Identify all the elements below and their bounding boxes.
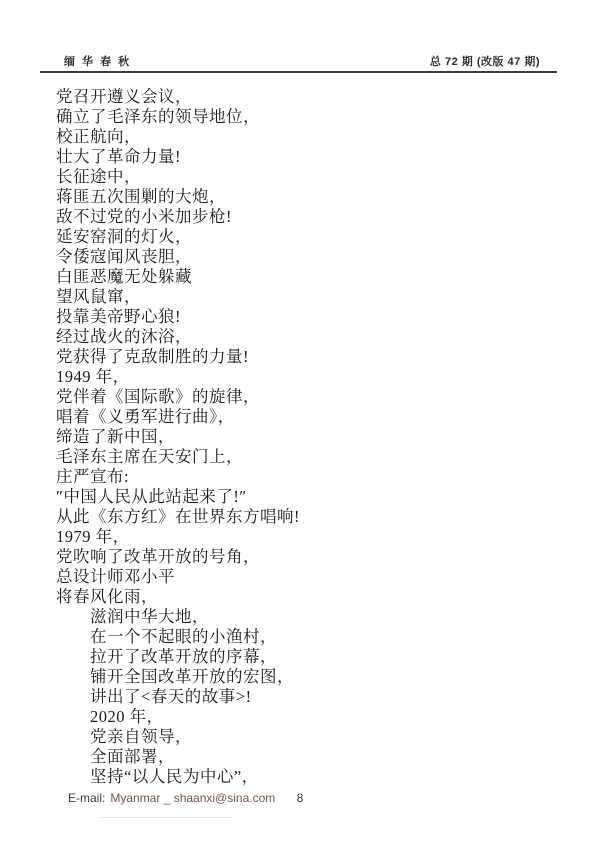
poem-line: 1979 年， (56, 527, 570, 547)
header-divider (40, 71, 557, 73)
poem-line: 投靠美帝野心狼! (56, 307, 570, 327)
poem-line: 长征途中， (56, 167, 570, 187)
poem-line: 从此《东方红》在世界东方唱响! (56, 507, 570, 527)
poem-line: 1949 年， (56, 367, 570, 387)
poem-line: 望风鼠窜， (56, 287, 570, 307)
email-link[interactable]: Myanmar _ shaanxi@sina.com (110, 791, 275, 805)
poem-line: 党亲自领导， (56, 727, 570, 747)
poem-line: 坚持“以人民为中心”， (56, 767, 570, 787)
poem-line: 蒋匪五次围剿的大炮， (56, 187, 570, 207)
document-page: 缅 华 春 秋 总 72 期 (改版 47 期) 党召开遵义会议，确立了毛泽东的… (0, 0, 600, 848)
poem-line: 全面部署， (56, 747, 570, 767)
poem-line: 经过战火的沐浴， (56, 327, 570, 347)
issue-number: 总 72 期 (改版 47 期) (430, 53, 540, 69)
poem-line: 缔造了新中国， (56, 427, 570, 447)
page-header: 缅 华 春 秋 总 72 期 (改版 47 期) (64, 53, 540, 69)
poem-line: 延安窑洞的灯火， (56, 227, 570, 247)
journal-title: 缅 华 春 秋 (64, 53, 131, 69)
poem-line: 铺开全国改革开放的宏图， (56, 667, 570, 687)
poem-line: 党吹响了改革开放的号角， (56, 547, 570, 567)
poem-line: 党召开遵义会议， (56, 87, 570, 107)
poem-line: 在一个不起眼的小渔村， (56, 627, 570, 647)
poem-line: 令倭寇闻风丧胆， (56, 247, 570, 267)
poem-line: 党获得了克敌制胜的力量! (56, 347, 570, 367)
poem-line: 敌不过党的小米加步枪! (56, 207, 570, 227)
poem-line: 庄严宣布: (56, 467, 570, 487)
poem-line: 滋润中华大地， (56, 607, 570, 627)
email-label: E-mail: (68, 791, 105, 805)
poem-line: 拉开了改革开放的序幕， (56, 647, 570, 667)
page-number: 8 (290, 791, 310, 805)
poem-line: 确立了毛泽东的领导地位， (56, 107, 570, 127)
poem-line: 党伴着《国际歌》的旋律， (56, 387, 570, 407)
poem-line: 2020 年， (56, 707, 570, 727)
poem-line: 总设计师邓小平 (56, 567, 570, 587)
poem-line: 毛泽东主席在天安门上， (56, 447, 570, 467)
page-footer: E-mail:Myanmar _ shaanxi@sina.com (68, 791, 560, 807)
poem-line: 将春风化雨， (56, 587, 570, 607)
poem-line: 讲出了<春天的故事>! (56, 687, 570, 707)
poem-line: 校正航向， (56, 127, 570, 147)
scan-artifact-line (100, 817, 232, 818)
poem-line: 唱着《义勇军进行曲》， (56, 407, 570, 427)
poem-line: 壮大了革命力量! (56, 147, 570, 167)
poem: 党召开遵义会议，确立了毛泽东的领导地位，校正航向，壮大了革命力量!长征途中，蒋匪… (56, 87, 570, 787)
poem-line: 白匪恶魔无处躲藏 (56, 267, 570, 287)
poem-line: ″中国人民从此站起来了!″ (56, 487, 570, 507)
